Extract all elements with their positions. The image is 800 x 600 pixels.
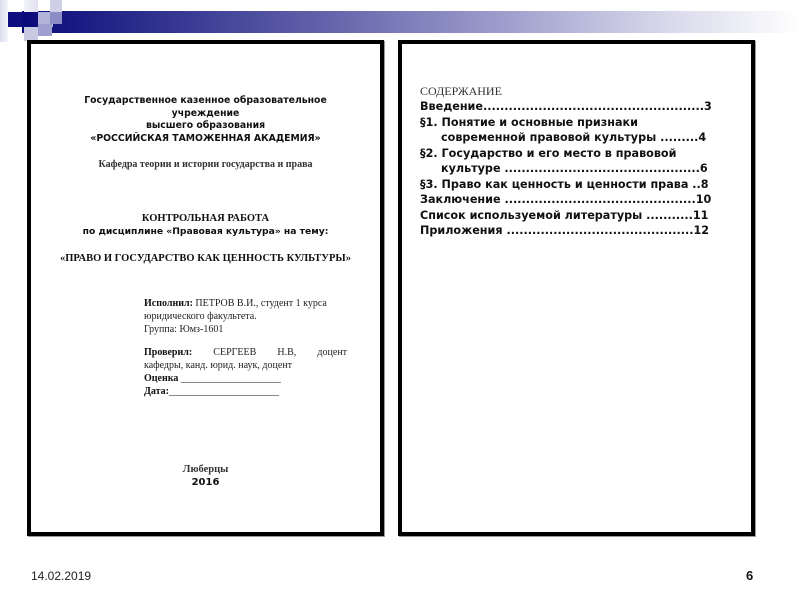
date-blank: ______________________	[169, 386, 279, 397]
institution-name: Государственное казенное образовательное…	[31, 95, 380, 145]
grade-label: Оценка	[144, 373, 178, 384]
performer-text: ПЕТРОВ В.И., студент 1 курса	[193, 298, 327, 309]
city: Люберцы	[31, 464, 380, 475]
discipline-line: по дисциплине «Правовая культура» на тем…	[31, 225, 380, 238]
contents-frame: СОДЕРЖАНИЕ Введение.....................…	[398, 40, 755, 536]
slide-page-number: 6	[746, 568, 753, 583]
decor-square	[24, 0, 38, 12]
institution-line: «РОССИЙСКАЯ ТАМОЖЕННАЯ АКАДЕМИЯ»	[31, 133, 380, 146]
decor-square	[50, 12, 62, 24]
decor-fade	[0, 0, 8, 42]
institution-line: Государственное казенное образовательное	[31, 95, 380, 108]
performer-faculty: юридического факультета.	[144, 310, 347, 323]
institution-line: учреждение	[31, 108, 380, 121]
author-info: Исполнил: ПЕТРОВ В.И., студент 1 курса ю…	[144, 297, 347, 398]
reviewer-position: кафедры, канд. юрид. наук, доцент	[144, 359, 347, 372]
date-label: Дата:	[144, 386, 169, 397]
header-banner	[22, 11, 800, 33]
toc-item: Приложения .............................…	[420, 223, 750, 239]
decor-square	[24, 27, 38, 41]
institution-line: высшего образования	[31, 120, 380, 133]
table-of-contents: СОДЕРЖАНИЕ Введение.....................…	[420, 84, 750, 239]
toc-item: §2. Государство и его место в правовой	[420, 146, 750, 162]
toc-item: культуре ...............................…	[420, 161, 750, 177]
decor-square	[8, 12, 23, 27]
toc-item: Список используемой литературы .........…	[420, 208, 750, 224]
performer-label: Исполнил:	[144, 298, 193, 309]
decor-square	[50, 0, 62, 12]
work-heading: КОНТРОЛЬНАЯ РАБОТА по дисциплине «Правов…	[31, 212, 380, 238]
reviewer-text: СЕРГЕЕВ Н.В, доцент	[192, 347, 347, 358]
toc-item: Введение................................…	[420, 99, 750, 115]
toc-item: современной правовой культуры .........4	[420, 130, 750, 146]
toc-item: Заключение .............................…	[420, 192, 750, 208]
slide-date: 14.02.2019	[31, 569, 91, 583]
decor-square	[38, 24, 52, 36]
toc-item: §3. Право как ценность и ценности права …	[420, 177, 750, 193]
department-name: Кафедра теории и истории государства и п…	[31, 159, 380, 170]
title-page-frame: Государственное казенное образовательное…	[27, 40, 384, 536]
work-topic: «ПРАВО И ГОСУДАРСТВО КАК ЦЕННОСТЬ КУЛЬТУ…	[31, 253, 380, 264]
reviewer-label: Проверил:	[144, 347, 192, 358]
work-type: КОНТРОЛЬНАЯ РАБОТА	[31, 212, 380, 225]
year: 2016	[31, 477, 380, 488]
toc-item: §1. Понятие и основные признаки	[420, 115, 750, 131]
grade-blank: ____________________	[181, 373, 281, 384]
performer-group: Группа: Юмз-1601	[144, 323, 347, 336]
contents-title: СОДЕРЖАНИЕ	[420, 84, 750, 99]
